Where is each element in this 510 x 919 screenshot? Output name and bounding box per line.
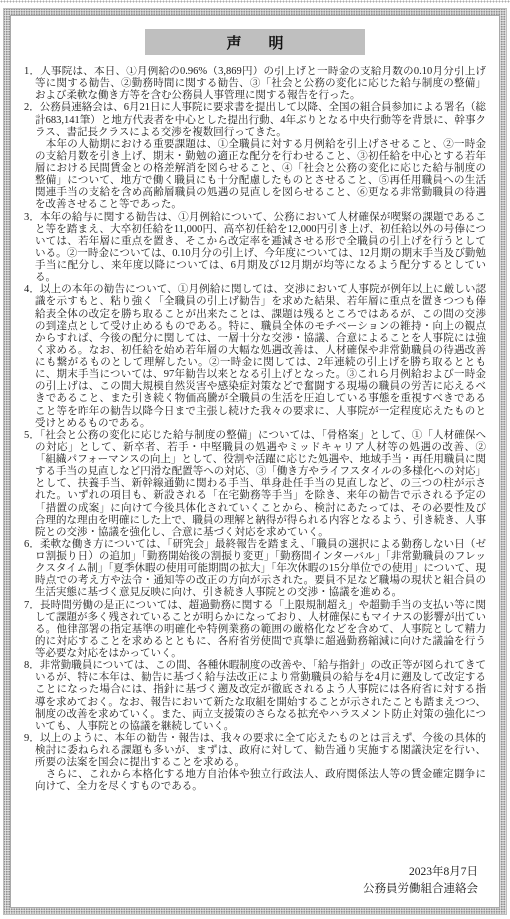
statement-footer: 2023年8月7日 公務員労働組合連絡会 (24, 862, 486, 903)
paragraph-text: 公務員連絡会は、6月21日に人事院に要求書を提出して以降、全国の組合員参加による… (35, 102, 486, 137)
paragraph-number: 8． (24, 660, 40, 671)
statement-body: 1．人事院は、本日、①月例給の0.96%（3,869円）の引上げと一時金の支給月… (24, 66, 486, 862)
paragraph-text: 柔軟な働き方については、「研究会」最終報告を踏まえ、「職員の選択による勤務しない… (35, 539, 486, 599)
statement-paragraph: 4．以上の本年の勧告について、①月例給に関しては、交渉において人事院が例年以上に… (24, 284, 486, 430)
paragraph-text: 本年の人勧期における重要課題は、①全職員に対する月例給を引上げさせること、②一時… (35, 139, 486, 212)
paragraph-text: さらに、これから本格化する地方自治体や独立行政法人、政府関係法人等の賃金確定闘争… (35, 769, 486, 793)
paragraph-number: 5． (24, 430, 40, 441)
paragraph-text: 「社会と公務の変化に応じた給与制度の整備」については、「骨格案」として、①「人材… (35, 430, 486, 538)
title-banner: 声 明 (145, 29, 365, 55)
paragraph-number: 2． (24, 102, 40, 113)
paragraph-number: 4． (24, 284, 40, 295)
paragraph-number: 6． (24, 539, 40, 550)
statement-paragraph: 5．「社会と公務の変化に応じた給与制度の整備」については、「骨格案」として、①「… (24, 430, 486, 539)
paragraph-number: 1． (24, 66, 40, 77)
paragraph-text: 以上のように、本年の勧告・報告は、我々の要求に全て応えたものとは言えず、今後の具… (35, 733, 486, 768)
statement-signature: 公務員労働組合連絡会 (24, 881, 478, 897)
statement-paragraph: 6．柔軟な働き方については、「研究会」最終報告を踏まえ、「職員の選択による勤務し… (24, 539, 486, 600)
statement-paragraph: 9．以上のように、本年の勧告・報告は、我々の要求に全て応えたものとは言えず、今後… (24, 733, 486, 794)
statement-paragraph: 3．本年の給与に関する勧告は、①月例給について、公務において人材確保が喫緊の課題… (24, 212, 486, 285)
document-title: 声 明 (220, 32, 289, 53)
paragraph-text: 人事院は、本日、①月例給の0.96%（3,869円）の引上げと一時金の支給月数の… (35, 66, 486, 101)
paragraph-text: 長時間労働の是正については、超過勤務に関する「上限規制超え」や超勤手当の支払い等… (35, 600, 486, 660)
decorative-border-frame: 声 明 1．人事院は、本日、①月例給の0.96%（3,869円）の引上げと一時金… (3, 8, 507, 915)
paragraph-text: 以上の本年の勧告について、①月例給に関しては、交渉において人事院が例年以上に厳し… (35, 284, 486, 428)
content-area: 声 明 1．人事院は、本日、①月例給の0.96%（3,869円）の引上げと一時金… (11, 16, 499, 907)
statement-document: 声 明 1．人事院は、本日、①月例給の0.96%（3,869円）の引上げと一時金… (0, 0, 510, 919)
statement-date: 2023年8月7日 (24, 864, 478, 880)
paragraph-number: 7． (24, 600, 40, 611)
statement-paragraph: 1．人事院は、本日、①月例給の0.96%（3,869円）の引上げと一時金の支給月… (24, 66, 486, 102)
paragraph-number: 9． (24, 733, 40, 744)
statement-paragraph: 7．長時間労働の是正については、超過勤務に関する「上限規制超え」や超勤手当の支払… (24, 600, 486, 661)
paragraph-text: 非常勤職員については、この間、各種休暇制度の改善や、「給与指針」の改正等が図られ… (35, 660, 486, 732)
paragraph-text: 本年の給与に関する勧告は、①月例給について、公務において人材確保が喫緊の課題であ… (35, 212, 486, 284)
statement-paragraph: 8．非常勤職員については、この間、各種休暇制度の改善や、「給与指針」の改正等が図… (24, 660, 486, 733)
page-top-edge-rule (0, 0, 510, 3)
statement-paragraph: 2．公務員連絡会は、6月21日に人事院に要求書を提出して以降、全国の組合員参加に… (24, 102, 486, 211)
paragraph-number: 3． (24, 212, 40, 223)
